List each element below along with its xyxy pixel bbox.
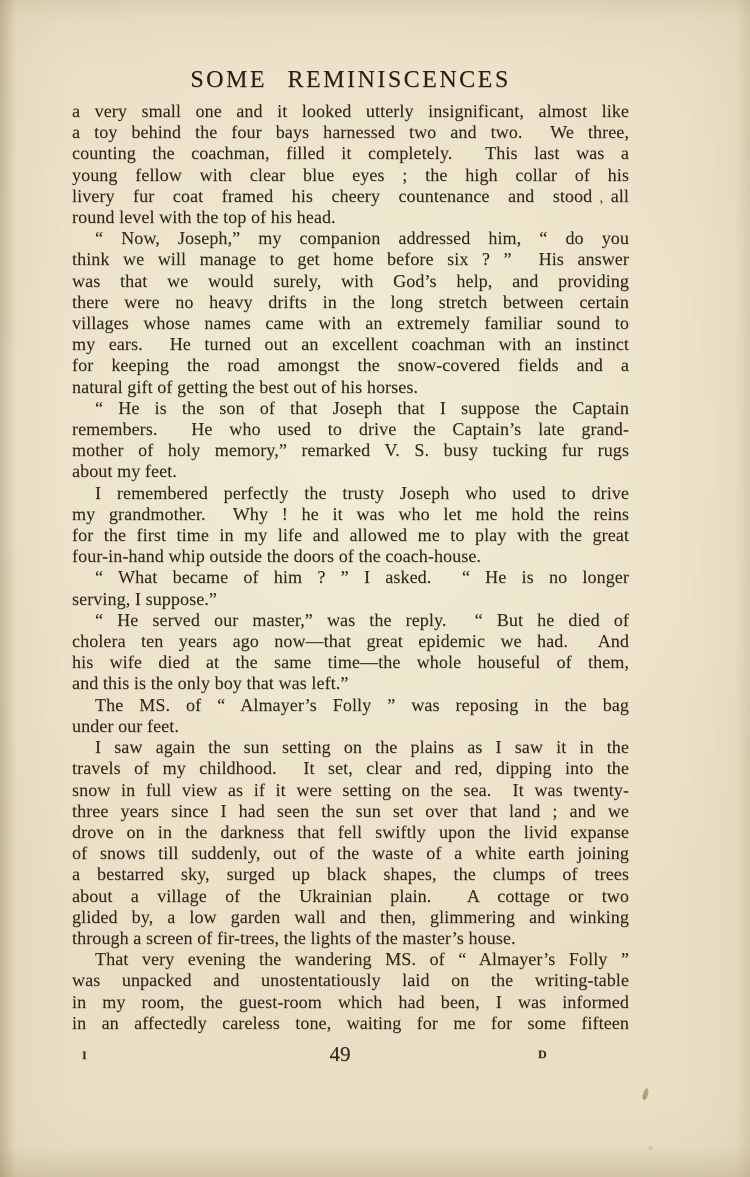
text-line: his wife died at the same time—the whole… — [72, 652, 629, 673]
paragraph: I remembered perfectly the trusty Joseph… — [72, 483, 629, 568]
paragraph: “ What became of him ? ” I asked. “ He i… — [72, 567, 629, 609]
text-line: in an affectedly careless tone, waiting … — [72, 1013, 629, 1034]
paragraph: I saw again the sun setting on the plain… — [72, 737, 629, 949]
paper-speck — [641, 1088, 649, 1101]
text-line: glided by, a low garden wall and then, g… — [72, 907, 629, 928]
text-line: I remembered perfectly the trusty Joseph… — [72, 483, 629, 504]
text-line: four-in-hand whip outside the doors of t… — [72, 546, 629, 567]
text-line: there were no heavy drifts in the long s… — [72, 292, 629, 313]
text-line: about a village of the Ukrainian plain. … — [72, 886, 629, 907]
paragraph: “ He is the son of that Joseph that I su… — [72, 398, 629, 483]
text-line: mother of holy memory,” remarked V. S. b… — [72, 440, 629, 461]
paragraph: The MS. of “ Almayer’s Folly ” was repos… — [72, 695, 629, 737]
text-line: through a screen of fir-trees, the light… — [72, 928, 629, 949]
paragraph: “ Now, Joseph,” my companion addressed h… — [72, 228, 629, 398]
text-line: The MS. of “ Almayer’s Folly ” was repos… — [72, 695, 629, 716]
text-line: travels of my childhood. It set, clear a… — [72, 758, 629, 779]
paragraph: “ He served our master,” was the reply. … — [72, 610, 629, 695]
signature-mark-right: D — [538, 1047, 548, 1062]
paragraph: a very small one and it looked utterly i… — [72, 101, 629, 228]
signature-mark-left: I — [82, 1048, 88, 1063]
text-line: “ What became of him ? ” I asked. “ He i… — [72, 567, 629, 588]
text-line: remembers. He who used to drive the Capt… — [72, 419, 629, 440]
text-line: villages whose names came with an extrem… — [72, 313, 629, 334]
text-line: drove on in the darkness that fell swift… — [72, 822, 629, 843]
text-line: counting the coachman, filled it complet… — [72, 143, 629, 164]
text-line: livery fur coat framed his cheery counte… — [72, 186, 629, 207]
text-line: in my room, the guest-room which had bee… — [72, 992, 629, 1013]
page-number: 49 — [320, 1042, 360, 1067]
text-line: I saw again the sun setting on the plain… — [72, 737, 629, 758]
text-line: a bestarred sky, surged up black shapes,… — [72, 864, 629, 885]
text-line: was unpacked and unostentatiously laid o… — [72, 970, 629, 991]
text-line: “ He served our master,” was the reply. … — [72, 610, 629, 631]
text-line: about my feet. — [72, 461, 629, 482]
text-line: cholera ten years ago now—that great epi… — [72, 631, 629, 652]
text-line: That very evening the wandering MS. of “… — [72, 949, 629, 970]
text-line: “ Now, Joseph,” my companion addressed h… — [72, 228, 629, 249]
text-block: a very small one and it looked utterly i… — [72, 101, 629, 1034]
text-line: three years since I had seen the sun set… — [72, 801, 629, 822]
text-line: “ He is the son of that Joseph that I su… — [72, 398, 629, 419]
text-line: for the first time in my life and allowe… — [72, 525, 629, 546]
text-line: think we will manage to get home before … — [72, 249, 629, 270]
text-line: snow in full view as if it were setting … — [72, 780, 629, 801]
text-line: young fellow with clear blue eyes ; the … — [72, 165, 629, 186]
text-line: and this is the only boy that was left.” — [72, 673, 629, 694]
text-line: under our feet. — [72, 716, 629, 737]
text-line: of snows till suddenly, out of the waste… — [72, 843, 629, 864]
text-line: a very small one and it looked utterly i… — [72, 101, 629, 122]
book-page: SOME REMINISCENCES a very small one and … — [0, 0, 750, 1177]
text-line: was that we would surely, with God’s hel… — [72, 271, 629, 292]
paper-speck — [648, 1146, 653, 1150]
text-line: for keeping the road amongst the snow-co… — [72, 355, 629, 376]
running-head: SOME REMINISCENCES — [72, 66, 629, 94]
text-line: my ears. He turned out an excellent coac… — [72, 334, 629, 355]
text-line: my grandmother. Why ! he it was who let … — [72, 504, 629, 525]
paragraph: That very evening the wandering MS. of “… — [72, 949, 629, 1034]
text-line: serving, I suppose.” — [72, 589, 629, 610]
page-footer: I 49 D — [72, 1042, 629, 1072]
text-line: natural gift of getting the best out of … — [72, 377, 629, 398]
text-line: round level with the top of his head. — [72, 207, 629, 228]
text-line: a toy behind the four bays harnessed two… — [72, 122, 629, 143]
